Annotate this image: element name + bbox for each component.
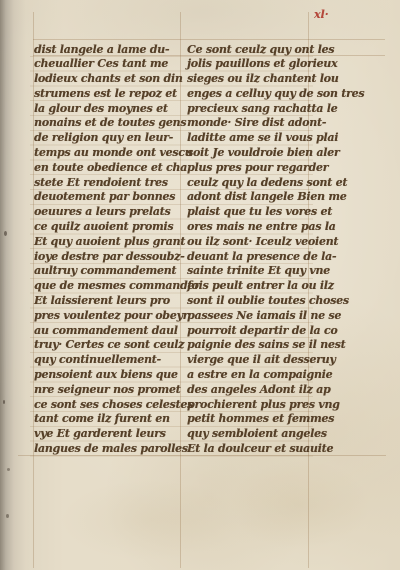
manuscript-line: plaist que tu les vores et: [187, 205, 337, 220]
manuscript-line: en toute obedience et cha: [34, 161, 184, 176]
text-column-right: Ce sont ceulz quy ont lesjolis pauillons…: [187, 43, 337, 457]
text-column-left: dist langele a lame du-cheuallier Ces ta…: [34, 43, 184, 457]
manuscript-line: vierge que il ait desseruy: [187, 353, 337, 368]
manuscript-line: aultruy commandement: [34, 264, 184, 279]
manuscript-line: nonains et de toutes gens: [34, 116, 184, 131]
parchment-speck: [3, 400, 5, 404]
manuscript-line: temps au monde ont vescu: [34, 146, 184, 161]
manuscript-line: langues de males parolles: [34, 442, 184, 457]
manuscript-line: vye Et garderent leurs: [34, 427, 184, 442]
manuscript-line: Et la doulceur et suauite: [187, 442, 337, 457]
manuscript-line: precieux sang rachatta le: [187, 102, 337, 117]
manuscript-line: monde· Sire dist adont-: [187, 116, 337, 131]
manuscript-line: ou ilz sont· Iceulz veoient: [187, 235, 337, 250]
manuscript-line: cheuallier Ces tant me: [34, 57, 184, 72]
manuscript-line: tant come ilz furent en: [34, 412, 184, 427]
manuscript-line: stete Et rendoient tres: [34, 176, 184, 191]
parchment-speck: [4, 231, 7, 236]
manuscript-line: quy sembloient angeles: [187, 427, 337, 442]
manuscript-line: deuotement par bonnes: [34, 190, 184, 205]
manuscript-line: Et laissierent leurs pro: [34, 294, 184, 309]
manuscript-line: petit hommes et femmes: [187, 412, 337, 427]
manuscript-line: pourroit departir de la co: [187, 324, 337, 339]
manuscript-line: quy continuellement-: [34, 353, 184, 368]
manuscript-line: soit Je vouldroie bien aler: [187, 146, 337, 161]
manuscript-line: oeuures a leurs prelats: [34, 205, 184, 220]
manuscript-line: sieges ou ilz chantent lou: [187, 72, 337, 87]
manuscript-line: a estre en la compaignie: [187, 368, 337, 383]
manuscript-line: que de mesmes commander: [34, 279, 184, 294]
folio-number: xl·: [314, 8, 329, 21]
manuscript-line: ioye destre par dessoubz-: [34, 250, 184, 265]
manuscript-line: enges a celluy quy de son tres: [187, 87, 337, 102]
manuscript-line: paignie des sains se il nest: [187, 338, 337, 353]
manuscript-line: la glour des moynes et: [34, 102, 184, 117]
manuscript-line: de religion quy en leur-: [34, 131, 184, 146]
manuscript-line: pres voulentez pour obeyr: [34, 309, 184, 324]
manuscript-line: fois peult entrer la ou ilz: [187, 279, 337, 294]
manuscript-line: passees Ne iamais il ne se: [187, 309, 337, 324]
parchment-speck: [7, 468, 10, 471]
manuscript-line: Ce sont ceulz quy ont les: [187, 43, 337, 58]
manuscript-line: adont dist langele Bien me: [187, 190, 337, 205]
manuscript-line: nre seigneur nos promet: [34, 383, 184, 398]
manuscript-line: dist langele a lame du-: [34, 43, 184, 58]
manuscript-line: sont il oublie toutes choses: [187, 294, 337, 309]
manuscript-line: ce sont ses choses celestes: [34, 398, 184, 413]
ruling-line-horizontal-top: [33, 39, 385, 40]
manuscript-line: Et quy auoient plus grant: [34, 235, 184, 250]
manuscript-page: xl· dist langele a lame du-cheuallier Ce…: [0, 0, 400, 570]
manuscript-line: ores mais ne entre pas la: [187, 220, 337, 235]
manuscript-line: ceulz quy la dedens sont et: [187, 176, 337, 191]
parchment-stain: [230, 460, 370, 550]
manuscript-line: sainte trinite Et quy vne: [187, 264, 337, 279]
manuscript-line: des angeles Adont ilz ap: [187, 383, 337, 398]
manuscript-line: lodieux chants et son din: [34, 72, 184, 87]
manuscript-line: laditte ame se il vous plai: [187, 131, 337, 146]
manuscript-line: pensoient aux biens que: [34, 368, 184, 383]
manuscript-line: au commandement daul: [34, 324, 184, 339]
manuscript-line: deuant la presence de la-: [187, 250, 337, 265]
manuscript-line: jolis pauillons et glorieux: [187, 57, 337, 72]
parchment-speck: [6, 514, 9, 518]
manuscript-line: ce quilz auoient promis: [34, 220, 184, 235]
manuscript-line: plus pres pour regarder: [187, 161, 337, 176]
manuscript-line: strumens est le repoz et: [34, 87, 184, 102]
parchment-stain: [60, 480, 240, 560]
manuscript-line: prochierent plus pres vng: [187, 398, 337, 413]
manuscript-line: truy· Certes ce sont ceulz: [34, 338, 184, 353]
